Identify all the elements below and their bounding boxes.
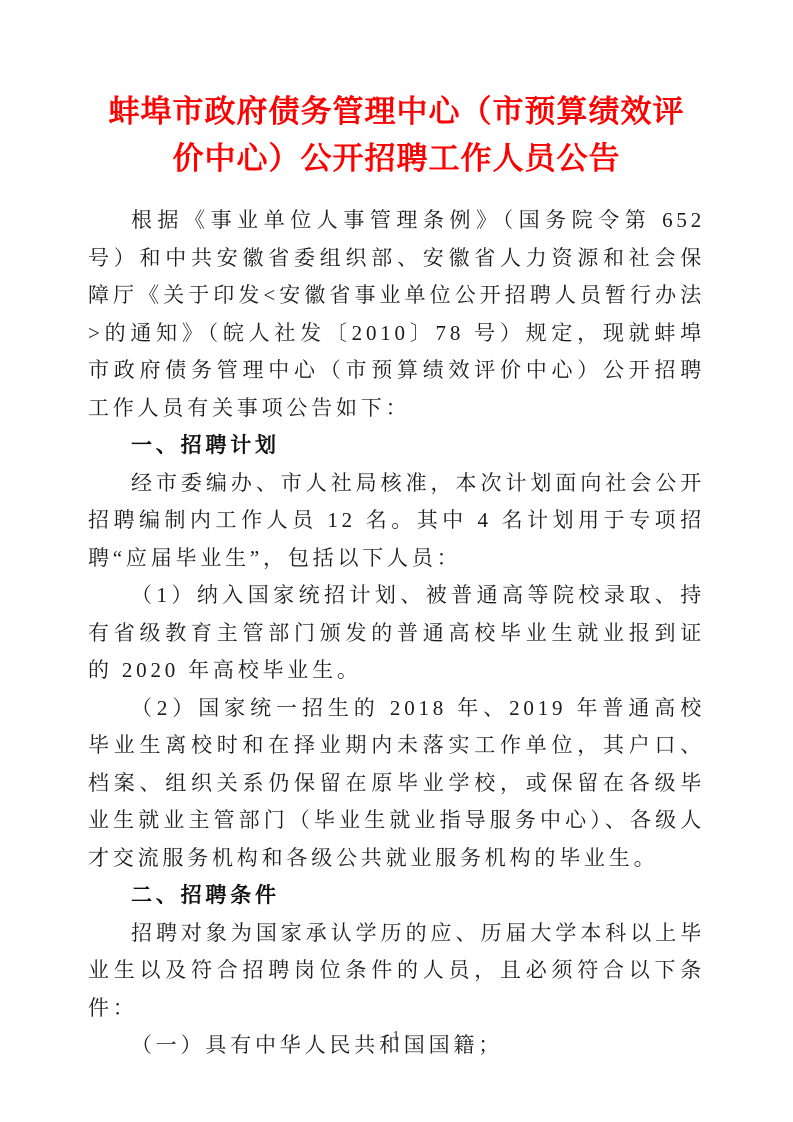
document-body: 根据《事业单位人事管理条例》（国务院令第 652 号）和中共安徽省委组织部、安徽… (88, 202, 705, 1065)
paragraph: （1）纳入国家统招计划、被普通高等院校录取、持有省级教育主管部门颁发的普通高校毕… (88, 577, 705, 690)
section-heading: 二、招聘条件 (88, 877, 705, 915)
document-content: 蚌埠市政府债务管理中心（市预算绩效评价中心）公开招聘工作人员公告 根据《事业单位… (88, 88, 705, 1065)
paragraph: 根据《事业单位人事管理条例》（国务院令第 652 号）和中共安徽省委组织部、安徽… (88, 202, 705, 427)
paragraph: 招聘对象为国家承认学历的应、历届大学本科以上毕业生以及符合招聘岗位条件的人员，且… (88, 915, 705, 1028)
section-heading: 一、招聘计划 (88, 427, 705, 465)
paragraph: 经市委编办、市人社局核准，本次计划面向社会公开招聘编制内工作人员 12 名。其中… (88, 465, 705, 578)
document-page: 蚌埠市政府债务管理中心（市预算绩效评价中心）公开招聘工作人员公告 根据《事业单位… (0, 0, 793, 1122)
document-title: 蚌埠市政府债务管理中心（市预算绩效评价中心）公开招聘工作人员公告 (102, 88, 692, 182)
paragraph: （2）国家统一招生的 2018 年、2019 年普通高校毕业生离校时和在择业期内… (88, 690, 705, 878)
page-number: - 1 - (0, 1028, 793, 1046)
